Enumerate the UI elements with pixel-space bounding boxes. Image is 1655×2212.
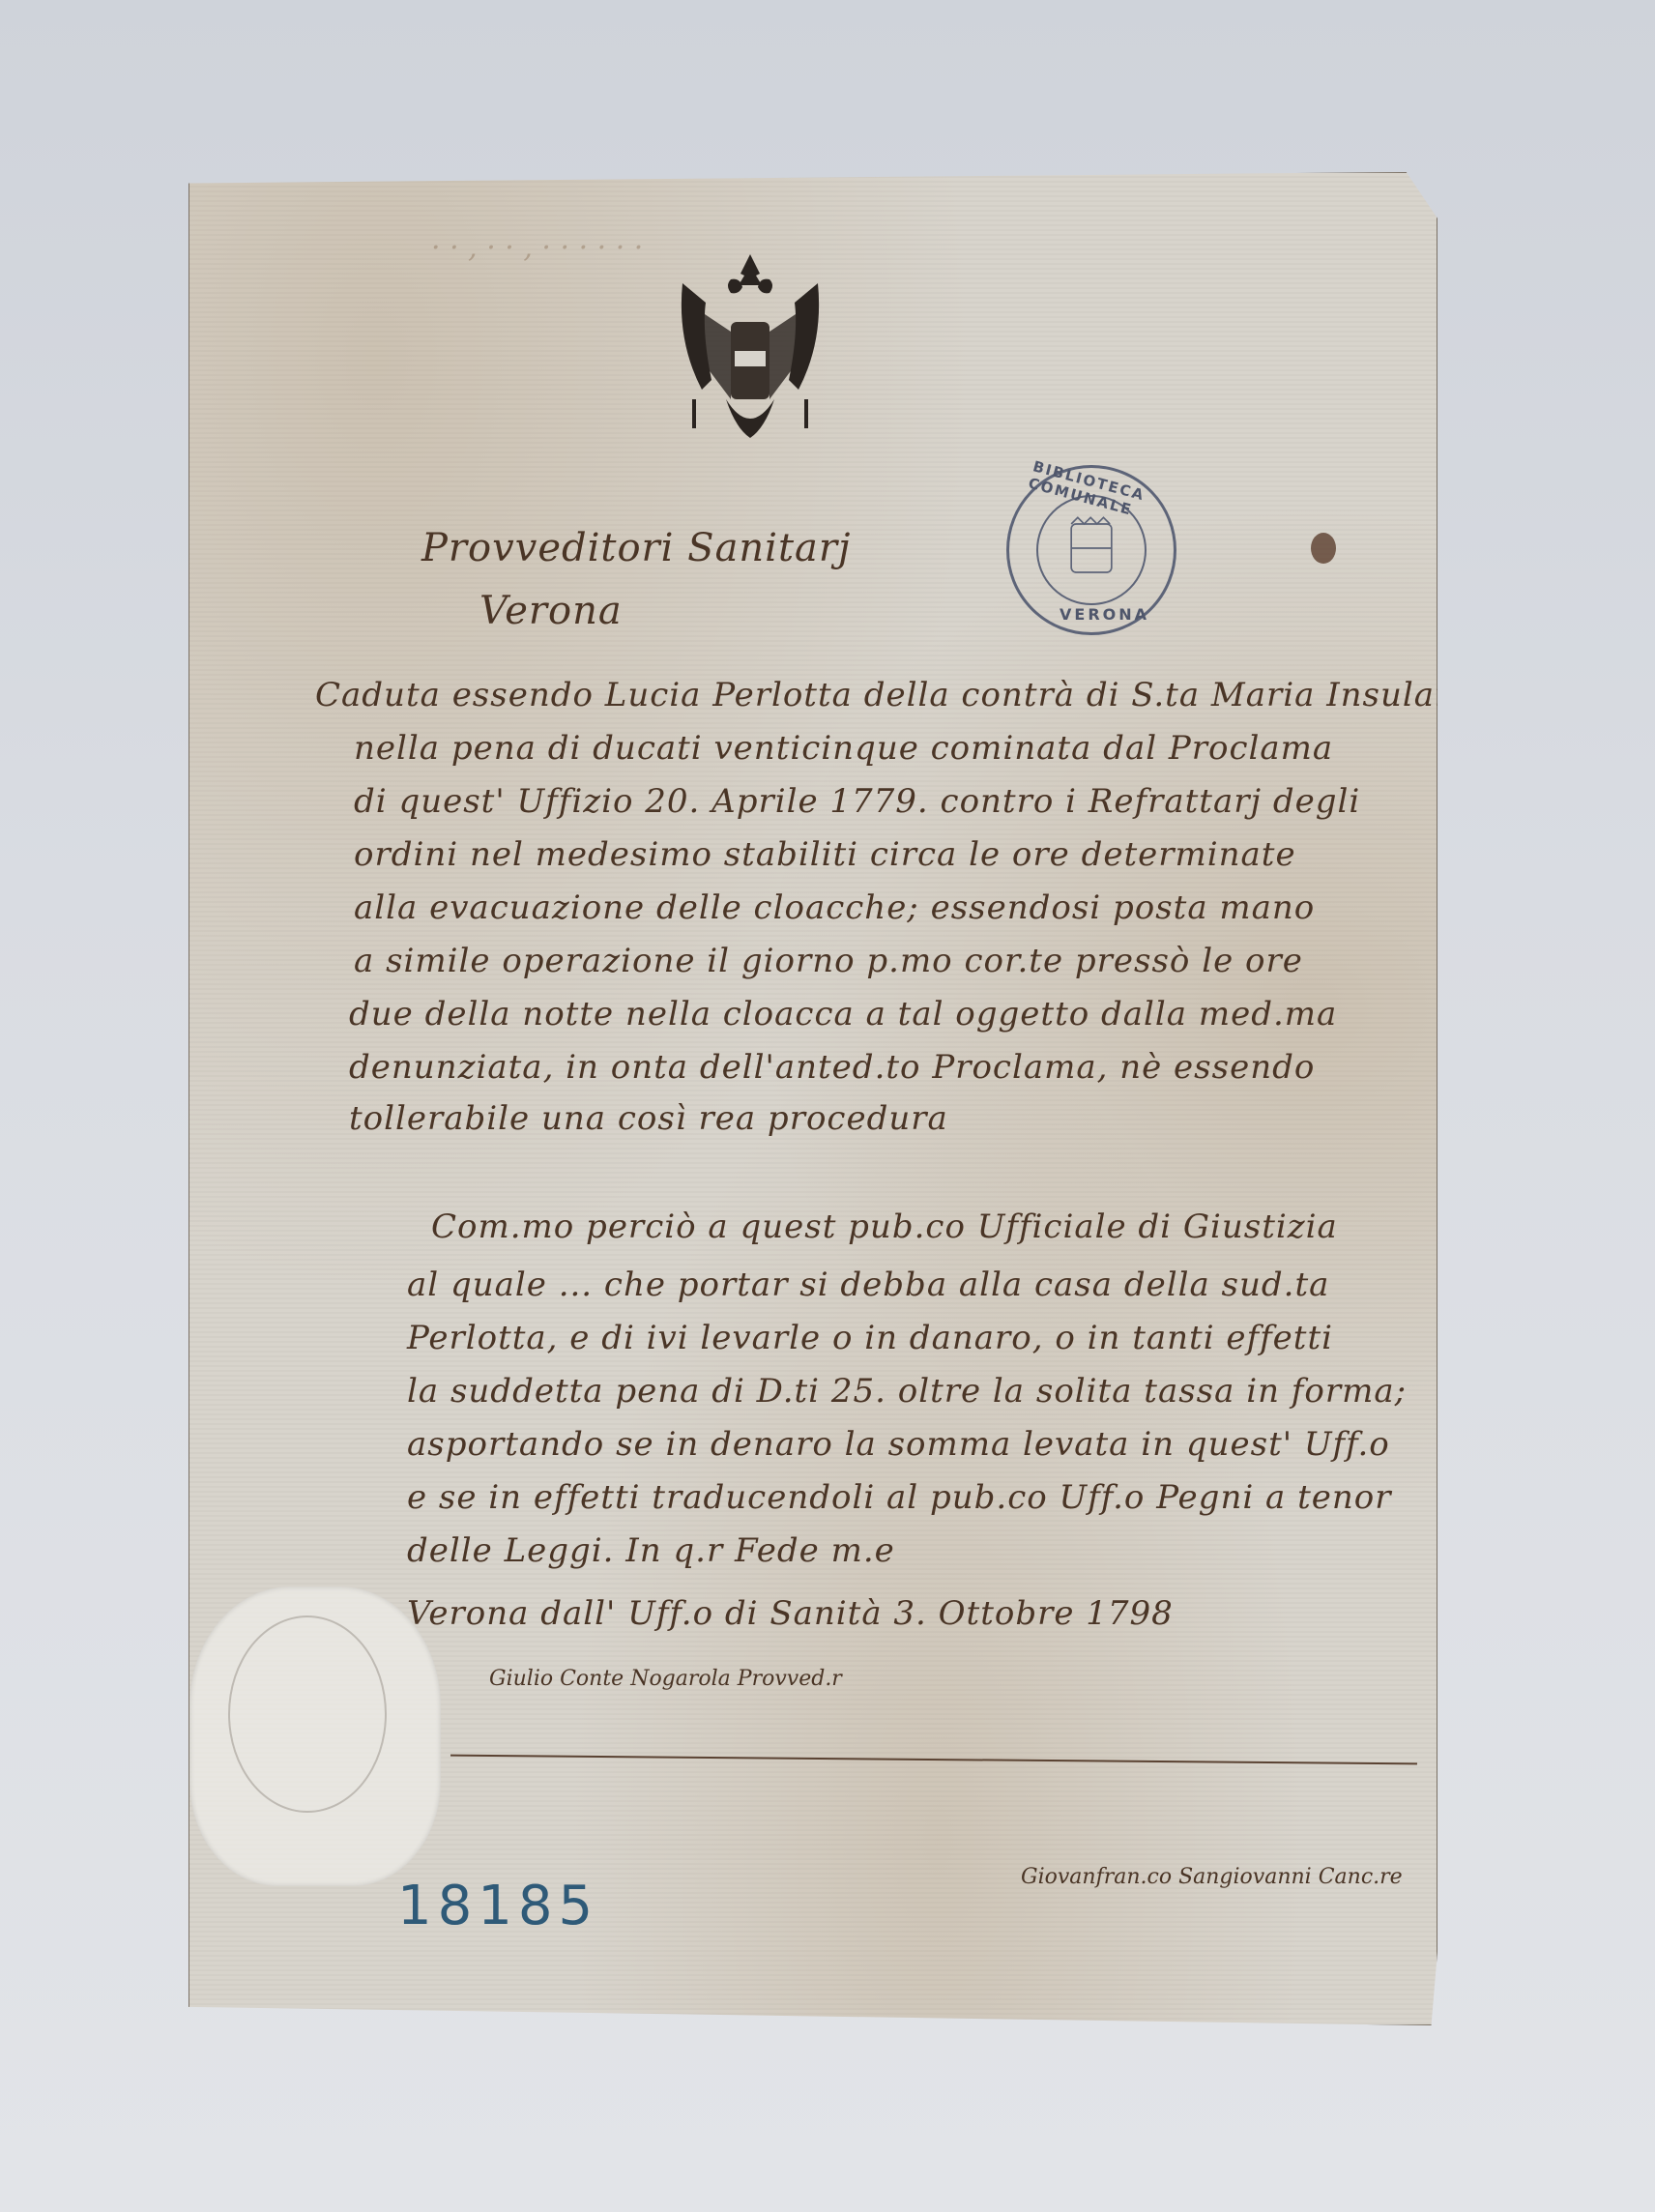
body-line: Caduta essendo Lucia Perlotta della cont… <box>315 676 1471 714</box>
heading-line-1: Provveditori Sanitarj <box>421 526 851 570</box>
body-line: tollerabile una così rea procedura <box>349 1099 948 1138</box>
coat-of-arms-icon <box>1067 514 1116 582</box>
ink-stain <box>1311 533 1336 564</box>
body-line: e se in effetti traducendoli al pub.co U… <box>407 1478 1392 1517</box>
bleed-through-text: · · , · · , · · · · · · <box>431 231 643 265</box>
body-line: Com.mo perciò a quest pub.co Ufficiale d… <box>431 1208 1338 1246</box>
manuscript-page: · · , · · , · · · · · · Provveditori San… <box>189 172 1437 2025</box>
body-line: asportando se in denaro la somma levata … <box>407 1425 1390 1464</box>
signature-provveditore: Giulio Conte Nogarola Provved.r <box>489 1667 842 1691</box>
body-line: al quale ... che portar si debba alla ca… <box>407 1266 1329 1304</box>
body-line: denunziata, in onta dell'anted.to Procla… <box>349 1048 1315 1087</box>
catalog-number: 18185 <box>397 1875 598 1937</box>
body-line: Perlotta, e di ivi levarle o in danaro, … <box>407 1319 1333 1357</box>
dateline: Verona dall' Uff.o di Sanità 3. Ottobre … <box>407 1594 1174 1633</box>
double-headed-eagle-icon <box>673 254 827 457</box>
heading-line-2: Verona <box>479 589 623 633</box>
signature-chancellor: Giovanfran.co Sangiovanni Canc.re <box>1021 1865 1403 1889</box>
body-line: nella pena di ducati venticinque cominat… <box>354 729 1333 768</box>
body-line: a simile operazione il giorno p.mo cor.t… <box>354 942 1303 980</box>
embossed-seal <box>189 1586 441 1886</box>
body-line: di quest' Uffizio 20. Aprile 1779. contr… <box>354 782 1360 821</box>
body-line: due della notte nella cloacca a tal ogge… <box>349 995 1337 1033</box>
body-line: ordini nel medesimo stabiliti circa le o… <box>354 835 1296 874</box>
signature-flourish-line <box>450 1755 1417 1765</box>
body-line: alla evacuazione delle cloacche; essendo… <box>354 888 1315 927</box>
seal-eagle-icon <box>228 1615 387 1813</box>
stamp-bottom-text: VERONA <box>1060 605 1149 624</box>
library-stamp: BIBLIOTECA COMUNALE VERONA <box>1006 465 1176 635</box>
body-line: la suddetta pena di D.ti 25. oltre la so… <box>407 1372 1407 1411</box>
body-line: delle Leggi. In q.r Fede m.e <box>407 1531 895 1570</box>
